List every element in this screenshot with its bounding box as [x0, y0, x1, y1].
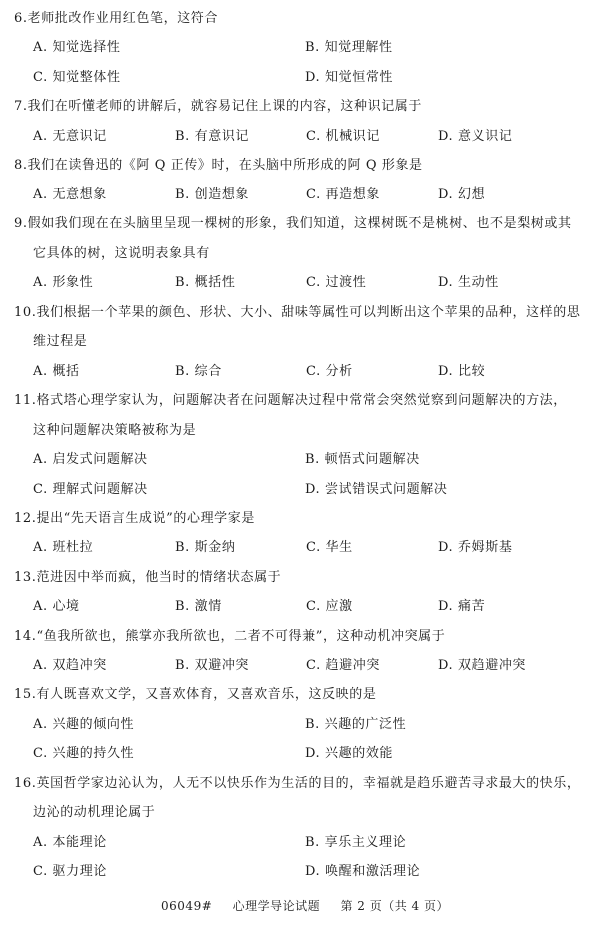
question-number: 15.: [14, 687, 36, 702]
question-number: 8.: [14, 158, 28, 173]
option-8c: C. 再造想象: [306, 185, 380, 205]
question-6: 6.老师批改作业用红色笔，这符合: [14, 9, 218, 29]
question-9: 9.假如我们现在在头脑里呈现一棵树的形象，我们知道，这棵树既不是桃树、也不是梨树…: [14, 214, 572, 234]
question-text: 我们在听懂老师的讲解后，就容易记住上课的内容，这种识记属于: [28, 99, 422, 114]
option-15d: D. 兴趣的效能: [305, 744, 393, 764]
question-text: 老师批改作业用红色笔，这符合: [28, 11, 218, 26]
question-number: 11.: [14, 393, 36, 408]
option-7d: D. 意义识记: [438, 127, 512, 147]
option-6c: C. 知觉整体性: [33, 68, 121, 88]
option-6d: D. 知觉恒常性: [305, 68, 393, 88]
option-9d: D. 生动性: [438, 273, 499, 293]
question-number: 10.: [14, 305, 36, 320]
question-number: 13.: [14, 570, 36, 585]
option-11b: B. 顿悟式问题解决: [305, 450, 420, 470]
option-14a: A. 双趋冲突: [33, 656, 107, 676]
question-text: 格式塔心理学家认为，问题解决者在问题解决过程中常常会突然觉察到问题解决的方法，: [36, 393, 566, 408]
question-number: 12.: [14, 511, 36, 526]
question-text: 范进因中举而疯，他当时的情绪状态属于: [36, 570, 281, 585]
option-10b: B. 综合: [175, 362, 222, 382]
question-10-continued: 维过程是: [33, 332, 87, 352]
question-text: 提出“先天语言生成说”的心理学家是: [36, 511, 255, 526]
question-number: 9.: [14, 216, 28, 231]
option-12d: D. 乔姆斯基: [438, 538, 512, 558]
option-9b: B. 概括性: [175, 273, 235, 293]
option-13a: A. 心境: [33, 597, 80, 617]
question-text: 我们在读鲁迅的《阿 Q 正传》时，在头脑中所形成的阿 Q 形象是: [28, 158, 423, 173]
option-15c: C. 兴趣的持久性: [33, 744, 134, 764]
option-7c: C. 机械识记: [306, 127, 380, 147]
option-7b: B. 有意识记: [175, 127, 249, 147]
question-number: 7.: [14, 99, 28, 114]
question-9-continued: 它具体的树，这说明表象具有: [33, 244, 210, 264]
page-number: 第 2 页（共 4 页）: [340, 899, 449, 913]
option-9c: C. 过渡性: [306, 273, 366, 293]
option-11c: C. 理解式问题解决: [33, 480, 148, 500]
page-footer: 06049# 心理学导论试题 第 2 页（共 4 页）: [0, 897, 610, 914]
question-11: 11.格式塔心理学家认为，问题解决者在问题解决过程中常常会突然觉察到问题解决的方…: [14, 391, 567, 411]
option-13b: B. 激情: [175, 597, 222, 617]
option-13d: D. 痛苦: [438, 597, 485, 617]
option-8d: D. 幻想: [438, 185, 485, 205]
question-text: 我们根据一个苹果的颜色、形状、大小、甜味等属性可以判断出这个苹果的品种，这样的思: [36, 305, 580, 320]
option-16a: A. 本能理论: [33, 833, 107, 853]
question-number: 14.: [14, 629, 36, 644]
option-6b: B. 知觉理解性: [305, 38, 393, 58]
option-14c: C. 趋避冲突: [306, 656, 380, 676]
option-16d: D. 唤醒和激活理论: [305, 862, 420, 882]
option-8a: A. 无意想象: [33, 185, 107, 205]
option-15b: B. 兴趣的广泛性: [305, 715, 406, 735]
question-text: 假如我们现在在头脑里呈现一棵树的形象，我们知道，这棵树既不是桃树、也不是梨树或其: [28, 216, 572, 231]
option-12a: A. 班杜拉: [33, 538, 93, 558]
question-10: 10.我们根据一个苹果的颜色、形状、大小、甜味等属性可以判断出这个苹果的品种，这…: [14, 303, 581, 323]
option-16c: C. 驱力理论: [33, 862, 107, 882]
exam-code: 06049#: [161, 899, 212, 913]
question-7: 7.我们在听懂老师的讲解后，就容易记住上课的内容，这种识记属于: [14, 97, 422, 117]
exam-page: 6.老师批改作业用红色笔，这符合 A. 知觉选择性 B. 知觉理解性 C. 知觉…: [0, 0, 610, 929]
option-12b: B. 斯金纳: [175, 538, 235, 558]
option-11a: A. 启发式问题解决: [33, 450, 148, 470]
option-6a: A. 知觉选择性: [33, 38, 120, 58]
option-10a: A. 概括: [33, 362, 80, 382]
option-15a: A. 兴趣的倾向性: [33, 715, 134, 735]
question-text: 有人既喜欢文学，又喜欢体育，又喜欢音乐，这反映的是: [36, 687, 376, 702]
question-16-continued: 边沁的动机理论属于: [33, 803, 155, 823]
question-number: 16.: [14, 776, 36, 791]
option-16b: B. 享乐主义理论: [305, 833, 406, 853]
option-10c: C. 分析: [306, 362, 353, 382]
option-14d: D. 双趋避冲突: [438, 656, 526, 676]
option-7a: A. 无意识记: [33, 127, 107, 147]
question-number: 6.: [14, 11, 28, 26]
question-12: 12.提出“先天语言生成说”的心理学家是: [14, 509, 255, 529]
exam-title: 心理学导论试题: [233, 899, 321, 913]
question-text: 英国哲学家边沁认为，人无不以快乐作为生活的目的，幸福就是趋乐避苦寻求最大的快乐，: [36, 776, 580, 791]
question-13: 13.范进因中举而疯，他当时的情绪状态属于: [14, 568, 281, 588]
option-11d: D. 尝试错误式问题解决: [305, 480, 447, 500]
question-11-continued: 这种问题解决策略被称为是: [33, 421, 196, 441]
option-13c: C. 应激: [306, 597, 353, 617]
question-14: 14.“鱼我所欲也，熊掌亦我所欲也，二者不可得兼”，这种动机冲突属于: [14, 627, 445, 647]
question-text: “鱼我所欲也，熊掌亦我所欲也，二者不可得兼”，这种动机冲突属于: [36, 629, 445, 644]
option-12c: C. 华生: [306, 538, 353, 558]
option-14b: B. 双避冲突: [175, 656, 249, 676]
question-16: 16.英国哲学家边沁认为，人无不以快乐作为生活的目的，幸福就是趋乐避苦寻求最大的…: [14, 774, 581, 794]
option-8b: B. 创造想象: [175, 185, 249, 205]
option-9a: A. 形象性: [33, 273, 93, 293]
question-15: 15.有人既喜欢文学，又喜欢体育，又喜欢音乐，这反映的是: [14, 685, 377, 705]
option-10d: D. 比较: [438, 362, 485, 382]
question-8: 8.我们在读鲁迅的《阿 Q 正传》时，在头脑中所形成的阿 Q 形象是: [14, 156, 423, 176]
